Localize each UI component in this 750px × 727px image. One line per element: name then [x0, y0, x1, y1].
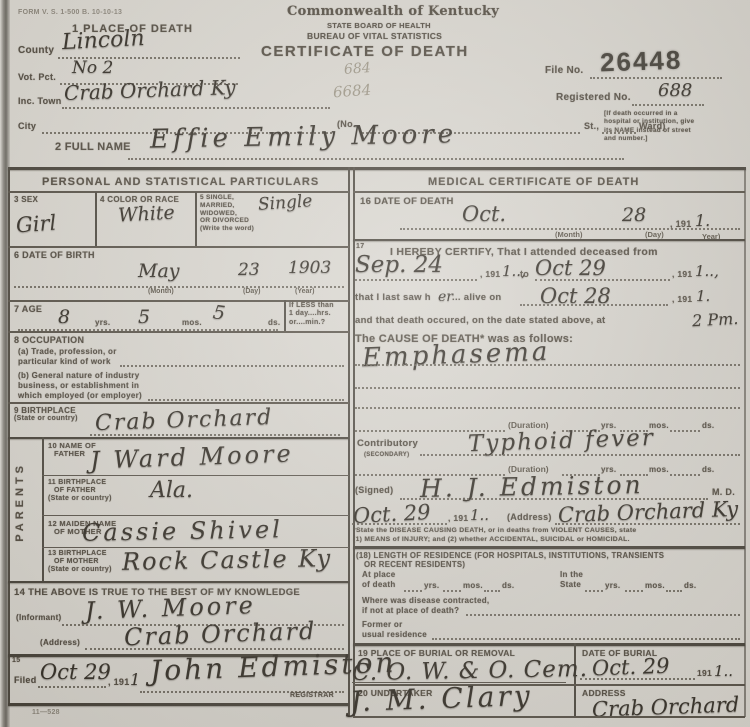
bureau-heading: BUREAU OF VITAL STATISTICS — [307, 31, 442, 41]
file-no-label: File No. — [545, 65, 584, 76]
vot-pct-label: Vot. Pct. — [18, 72, 56, 82]
state-board-heading: STATE BOARD OF HEALTH — [327, 21, 431, 30]
signed-year-printed: , 191 — [448, 513, 468, 523]
color-race-handwriting: White — [117, 202, 175, 227]
contributory-label: Contributory — [357, 438, 418, 449]
age-mos-unit: mos. — [182, 318, 202, 327]
rule-line — [353, 716, 745, 718]
rule-line — [355, 277, 477, 281]
occupation-b-line2: business, or establishment in — [18, 381, 139, 390]
medical-section-title: MEDICAL CERTIFICATE OF DEATH — [428, 176, 639, 188]
dob-year-handwriting: 1903 — [288, 258, 331, 278]
rule-line — [42, 437, 44, 582]
father-birthplace-caption: (State or country) — [48, 495, 112, 502]
duration2-mos-unit: mos. — [649, 465, 669, 474]
burial-year-digit: 1.. — [714, 662, 733, 680]
age-months-handwriting: 5 — [138, 306, 150, 328]
rule-line — [62, 105, 330, 109]
at-place-label-line2: of death — [362, 580, 396, 589]
at-place-label-line1: At place — [362, 570, 396, 579]
marital-label-caption: (Write the word) — [200, 225, 254, 233]
at-place-ds-unit: ds. — [502, 581, 514, 590]
rule-line — [353, 239, 745, 241]
parents-vertical-label: PARENTS — [14, 462, 26, 542]
residence-label-line1: (18) LENGTH OF RESIDENCE (FOR HOSPITALS,… — [356, 551, 664, 560]
former-residence-label-line2: usual residence — [362, 630, 427, 639]
cause-of-death-handwriting: Emphasema — [362, 337, 551, 374]
footnote-line2: (1) MEANS of INJURY; and (2) whether ACC… — [353, 536, 630, 543]
rule-line — [520, 302, 668, 306]
in-the-label-line1: In the — [560, 570, 583, 579]
rule-line — [432, 636, 740, 640]
signed-caption: (Signed) — [355, 485, 393, 495]
alive-on-label: ... alive on — [452, 292, 502, 303]
dob-day-caption: (Day) — [243, 288, 261, 295]
dob-year-caption: (Year) — [295, 288, 314, 295]
rule-line — [466, 612, 740, 616]
rule-line — [355, 405, 740, 409]
mother-maiden-handwriting: Cassie Shivel — [82, 515, 283, 547]
father-name-label-line2: FATHER — [54, 449, 85, 458]
in-state-mos-unit: mos. — [645, 581, 665, 590]
filed-year-digit-handwriting: 1 — [130, 670, 140, 689]
age-days-handwriting: 5 — [212, 301, 227, 324]
form-footer-code: 11—528 — [32, 709, 60, 716]
death-year-printed: , 191 — [670, 219, 692, 229]
rule-line — [585, 588, 603, 592]
rule-line — [8, 331, 349, 333]
rule-line — [744, 167, 746, 717]
inc-town-handwriting: Crab Orchard Ky — [64, 75, 236, 105]
md-label: M. D. — [712, 487, 735, 497]
former-residence-label-line1: Former or — [362, 620, 403, 629]
at-place-yrs-unit: yrs. — [424, 581, 439, 590]
rule-line — [128, 156, 624, 160]
attended-from-handwriting: Sep. 24 — [355, 252, 443, 278]
last-saw-her-handwriting: er — [438, 289, 453, 305]
burial-place-label: 19 PLACE OF BURIAL OR REMOVAL — [358, 648, 515, 658]
rule-line — [443, 588, 461, 592]
rule-line — [420, 452, 740, 456]
age-ds-unit: ds. — [268, 318, 280, 327]
vot-pct-handwriting: No 2 — [72, 58, 113, 78]
filed-date-handwriting: Oct 29 — [40, 660, 111, 684]
rule-line — [355, 385, 740, 389]
mother-birthplace-label-line2: OF MOTHER — [54, 558, 99, 565]
hospital-note: [If death occurred in a hospital or inst… — [604, 110, 704, 143]
birthplace-caption: (State or country) — [14, 415, 78, 422]
dob-month-handwriting: May — [138, 260, 180, 282]
county-handwriting: Lincoln — [61, 26, 145, 55]
attended-from-year-printed: , 191 — [480, 269, 500, 279]
death-occurred-label: and that death occured, on the date stat… — [355, 315, 606, 326]
rule-line — [348, 167, 350, 717]
mother-birthplace-handwriting: Rock Castle Ky — [122, 544, 333, 576]
full-name-handwriting: Effie Emily Moore — [150, 119, 458, 154]
sex-handwriting: Girl — [15, 211, 57, 238]
undertaker-handwriting: J. M. Clary — [349, 679, 533, 718]
marital-label-line2: MARRIED, — [200, 202, 254, 210]
contracted-label-line1: Where was disease contracted, — [362, 596, 489, 605]
rule-line — [535, 277, 670, 281]
rule-line — [670, 472, 700, 476]
at-place-mos-unit: mos. — [463, 581, 483, 590]
filed-field-number: 15 — [12, 657, 20, 664]
form-number: FORM V. S. 1-500 B. 10-10-13 — [18, 9, 122, 16]
in-state-yrs-unit: yrs. — [605, 581, 620, 590]
attended-to-year-digit: 1.., — [695, 262, 719, 280]
file-no-stamp: 26448 — [599, 45, 682, 79]
city-label: City — [18, 121, 36, 131]
certificate-title: CERTIFICATE OF DEATH — [261, 43, 469, 60]
rule-line — [8, 437, 349, 439]
rule-line — [42, 475, 349, 476]
birthplace-label: 9 BIRTHPLACE — [14, 406, 76, 415]
commonwealth-heading: Commonwealth of Kentucky — [287, 4, 499, 19]
rule-line — [353, 546, 745, 549]
mother-birthplace-caption: (State or country) — [48, 566, 112, 573]
death-time-handwriting: 2 Pm. — [692, 309, 739, 330]
rule-line — [8, 246, 349, 248]
occupation-a-line2: particular kind of work — [18, 357, 111, 366]
signed-year-digit: 1.. — [470, 506, 489, 524]
death-day-caption: (Day) — [645, 230, 664, 239]
rule-line — [353, 167, 355, 717]
death-month-handwriting: Oct. — [462, 202, 506, 226]
rule-line — [8, 167, 10, 705]
attended-to-label: to — [520, 269, 529, 279]
rule-line — [8, 703, 349, 706]
rule-line — [670, 428, 700, 432]
father-birthplace-label-line2: OF FATHER — [54, 487, 96, 494]
death-day-handwriting: 28 — [622, 204, 646, 226]
rule-line — [555, 521, 740, 525]
rule-line — [38, 684, 106, 688]
rule-line — [355, 362, 740, 366]
contributory-secondary-caption: (SECONDARY) — [364, 452, 409, 458]
personal-section-title: PERSONAL AND STATISTICAL PARTICULARS — [42, 176, 319, 188]
duration1-ds-unit: ds. — [702, 421, 714, 430]
inc-town-label: Inc. Town — [18, 96, 62, 106]
footnote-line1: *State the DISEASE CAUSING DEATH, or in … — [353, 527, 637, 534]
informant-caption: (Informant) — [16, 613, 62, 622]
registered-no-label: Registered No. — [556, 92, 631, 103]
pencil-number-1: 684 — [343, 60, 371, 78]
contracted-label-line2: if not at place of death? — [362, 606, 459, 615]
occupation-b-line3: which employed (or employer) — [18, 391, 142, 400]
attended-to-year-printed: , 191 — [672, 269, 692, 279]
rule-line — [8, 402, 349, 404]
age-label: 7 AGE — [14, 304, 42, 314]
marital-handwriting: Single — [257, 191, 313, 215]
rule-line — [8, 581, 349, 583]
date-of-death-label: 16 DATE OF DEATH — [360, 196, 454, 207]
in-the-label-line2: State — [560, 580, 581, 589]
last-saw-year-digit: 1. — [696, 287, 710, 305]
father-name-handwriting: J Ward Moore — [90, 439, 295, 474]
city-st-label: St., — [584, 121, 599, 131]
duration2-ds-unit: ds. — [702, 465, 714, 474]
death-month-caption: (Month) — [555, 230, 582, 239]
full-name-label: 2 FULL NAME — [55, 141, 131, 153]
age-note-line2: 1 day....hrs. — [289, 310, 334, 318]
rule-line — [580, 676, 695, 680]
dob-label: 6 DATE OF BIRTH — [14, 250, 95, 260]
mother-birthplace-label-line1: 13 BIRTHPLACE — [48, 550, 107, 557]
marital-label-line1: 5 SINGLE, — [200, 194, 254, 202]
father-birthplace-handwriting: Ala. — [150, 478, 193, 503]
rule-line — [195, 192, 197, 247]
age-yrs-unit: yrs. — [95, 318, 110, 327]
in-state-ds-unit: ds. — [684, 581, 696, 590]
death-year-digit-handwriting: 1. — [695, 211, 710, 230]
death-certificate-scan: FORM V. S. 1-500 B. 10-10-13 1 PLACE OF … — [0, 0, 750, 727]
rule-line — [284, 300, 286, 331]
rule-line — [120, 363, 344, 367]
county-label: County — [18, 45, 54, 56]
last-saw-label: that I last saw h — [355, 292, 431, 303]
age-years-handwriting: 8 — [58, 306, 70, 328]
father-birthplace-label-line1: 11 BIRTHPLACE — [48, 479, 106, 486]
rule-line — [352, 521, 447, 525]
rule-line — [95, 192, 97, 247]
certify-field-number: 17 — [356, 243, 364, 250]
residence-label-line2: OR RECENT RESIDENTS) — [364, 560, 465, 569]
filed-year-printed: , 191 — [108, 677, 130, 687]
occupation-label: 8 OCCUPATION — [14, 335, 84, 345]
rule-line — [90, 432, 340, 436]
sex-label: 3 SEX — [14, 195, 38, 204]
rule-line — [353, 643, 745, 646]
dob-day-handwriting: 23 — [238, 260, 260, 280]
rule-line — [484, 588, 500, 592]
burial-year-printed: 191 — [697, 668, 712, 678]
age-note-line3: or....min.? — [289, 319, 334, 327]
signed-address-caption: (Address) — [507, 512, 552, 522]
occupation-a-line1: (a) Trade, profession, or — [18, 347, 117, 356]
rule-line — [632, 102, 704, 106]
rule-line — [625, 588, 643, 592]
rule-line — [148, 397, 344, 401]
last-saw-year-printed: , 191 — [672, 294, 692, 304]
rule-line — [666, 588, 682, 592]
filed-label: Filed — [14, 675, 37, 685]
rule-line — [353, 191, 745, 193]
pencil-number-2: 6684 — [332, 81, 371, 102]
registrar-caption: REGISTRAR — [290, 692, 334, 699]
registered-no-handwriting: 688 — [658, 80, 692, 101]
rule-line — [404, 588, 422, 592]
dob-month-caption: (Month) — [148, 288, 174, 295]
rule-line — [8, 167, 746, 170]
occupation-b-line1: (b) General nature of industry — [18, 371, 139, 380]
informant-address-caption: (Address) — [40, 638, 80, 647]
